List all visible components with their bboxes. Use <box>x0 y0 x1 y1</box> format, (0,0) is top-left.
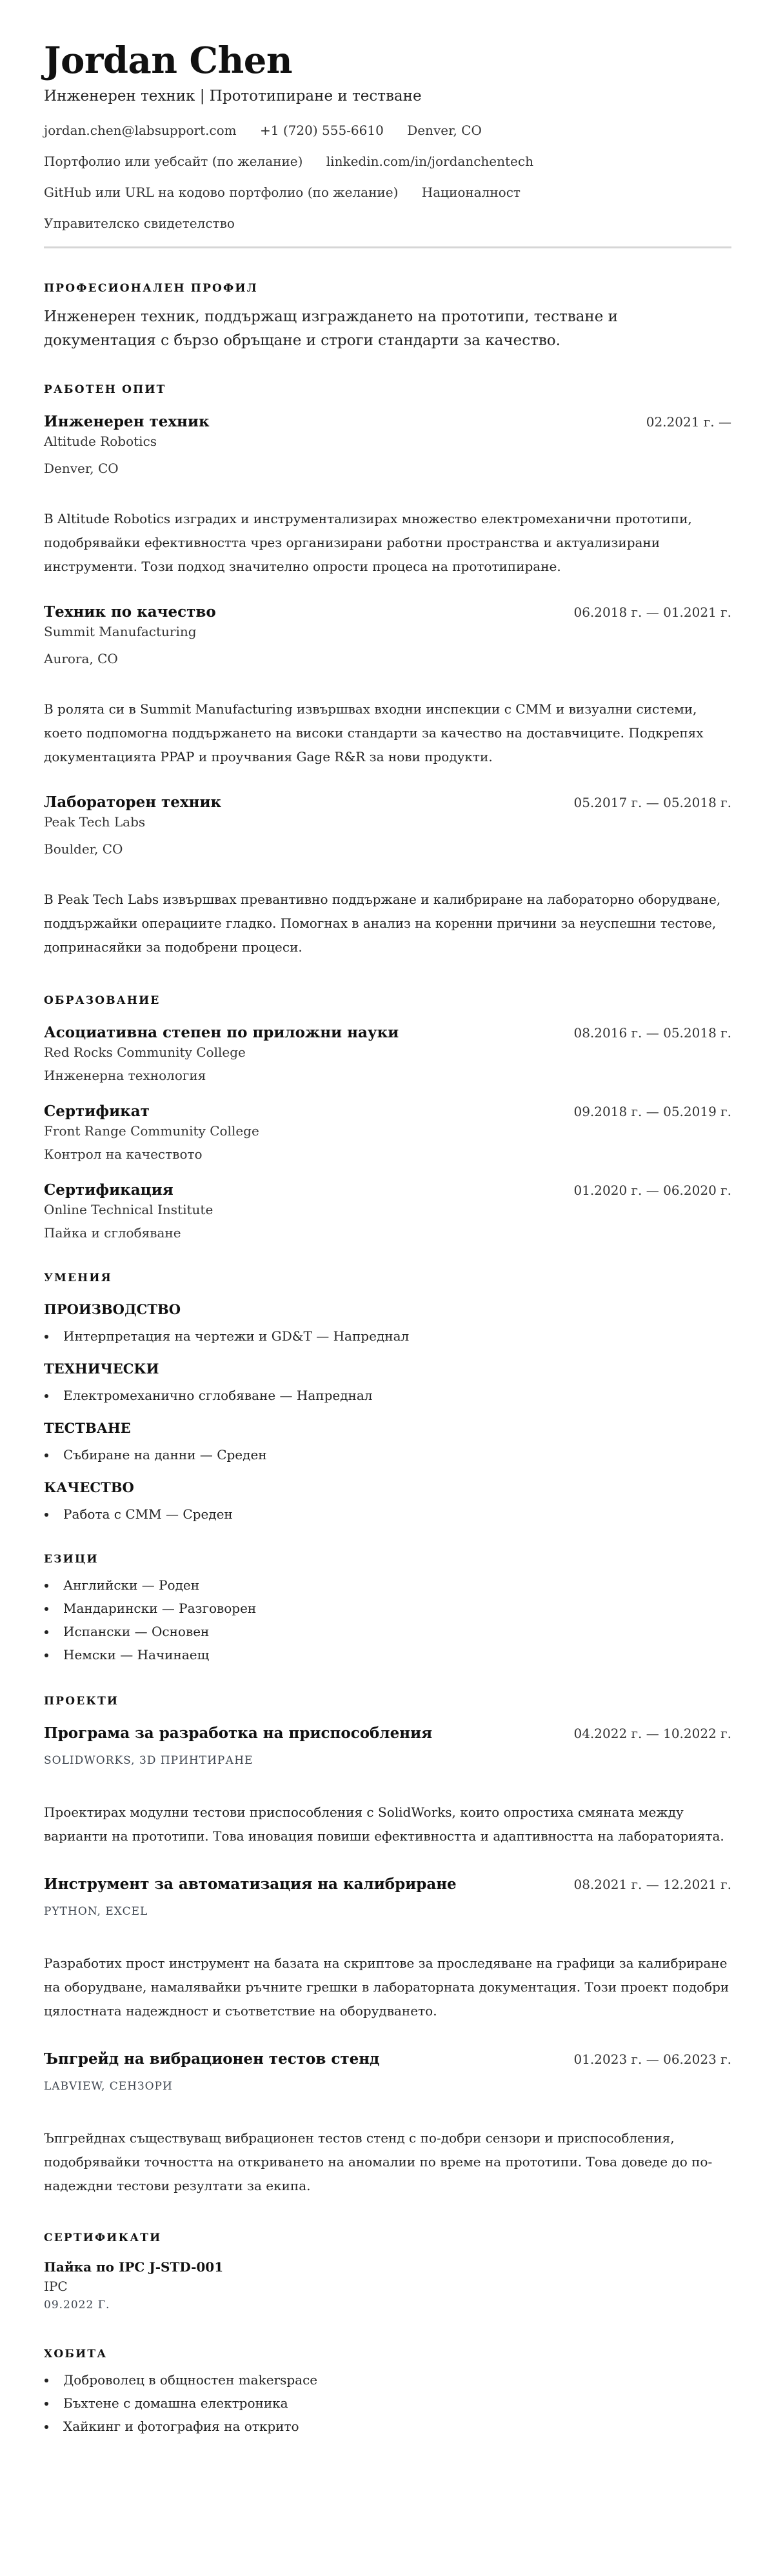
job-location: Denver, CO <box>44 459 731 477</box>
profile-summary: Инженерен техник, поддържащ изграждането… <box>44 305 731 353</box>
education-dates: 09.2018 г. — 05.2019 г. <box>573 1101 731 1122</box>
company-name: Peak Tech Labs <box>44 813 731 831</box>
header-divider <box>44 246 731 248</box>
education-dates: 08.2016 г. — 05.2018 г. <box>573 1023 731 1043</box>
job-dates: 05.2017 г. — 05.2018 г. <box>573 792 731 813</box>
project-description: Разработих прост инструмент на базата на… <box>44 1952 731 2023</box>
project-entry: Ъпгрейд на вибрационен тестов стенд 01.2… <box>44 2049 731 2198</box>
skill-group: ПРОИЗВОДСТВО Интерпретация на чертежи и … <box>44 1300 731 1345</box>
certification-entry: Пайка по IPC J-STD-001 IPC 09.2022 Г. <box>44 2257 731 2314</box>
nationality: Националност <box>422 185 521 200</box>
language-item: Английски — Роден <box>44 1576 731 1594</box>
hobbies-list: Доброволец в общностен makerspace Бъхтен… <box>44 2371 731 2435</box>
section-title: ПРОФЕСИОНАЛЕН ПРОФИЛ <box>44 281 731 296</box>
phone-number[interactable]: +1 (720) 555-6610 <box>260 123 384 138</box>
experience-section: РАБОТЕН ОПИТ Инженерен техник 02.2021 г.… <box>44 382 731 959</box>
job-dates: 02.2021 г. — <box>646 412 731 432</box>
section-title: ХОБИТА <box>44 2346 731 2362</box>
skill-group-title: КАЧЕСТВО <box>44 1478 731 1497</box>
education-section: ОБРАЗОВАНИЕ Асоциативна степен по прилож… <box>44 993 731 1242</box>
section-title: ПРОЕКТИ <box>44 1693 731 1709</box>
project-entry: Програма за разработка на приспособления… <box>44 1723 731 1848</box>
hobby-item: Доброволец в общностен makerspace <box>44 2371 731 2389</box>
skill-group-title: ТЕСТВАНЕ <box>44 1419 731 1438</box>
skill-group-title: ПРОИЗВОДСТВО <box>44 1300 731 1319</box>
contact-row: Портфолио или уебсайт (по желание) linke… <box>44 152 731 170</box>
skill-group: ТЕСТВАНЕ Събиране на данни — Среден <box>44 1419 731 1464</box>
skill-group: ТЕХНИЧЕСКИ Електромеханично сглобяване —… <box>44 1359 731 1404</box>
project-entry: Инструмент за автоматизация на калибрира… <box>44 1874 731 2023</box>
certifications-section: СЕРТИФИКАТИ Пайка по IPC J-STD-001 IPC 0… <box>44 2230 731 2314</box>
experience-entry: Техник по качество 06.2018 г. — 01.2021 … <box>44 602 731 769</box>
language-item: Мандарински — Разговорен <box>44 1599 731 1617</box>
job-location: Boulder, CO <box>44 840 731 858</box>
school-name: Online Technical Institute <box>44 1201 731 1219</box>
experience-entry: Инженерен техник 02.2021 г. — Altitude R… <box>44 412 731 579</box>
hobbies-section: ХОБИТА Доброволец в общностен makerspace… <box>44 2346 731 2435</box>
section-title: ОБРАЗОВАНИЕ <box>44 993 731 1008</box>
experience-list: Инженерен техник 02.2021 г. — Altitude R… <box>44 412 731 959</box>
job-title: Лабораторен техник <box>44 792 221 813</box>
job-location: Aurora, CO <box>44 650 731 668</box>
profile-section: ПРОФЕСИОНАЛЕН ПРОФИЛ Инженерен техник, п… <box>44 281 731 353</box>
email-link[interactable]: jordan.chen@labsupport.com <box>44 123 237 138</box>
section-title: РАБОТЕН ОПИТ <box>44 382 731 397</box>
project-dates: 08.2021 г. — 12.2021 г. <box>573 1874 731 1895</box>
project-dates: 01.2023 г. — 06.2023 г. <box>573 2049 731 2070</box>
education-entry: Сертификация 01.2020 г. — 06.2020 г. Onl… <box>44 1180 731 1242</box>
degree-title: Сертификат <box>44 1101 150 1122</box>
education-entry: Сертификат 09.2018 г. — 05.2019 г. Front… <box>44 1101 731 1163</box>
degree-title: Асоциативна степен по приложни науки <box>44 1023 399 1043</box>
job-description: В Altitude Robotics изградих и инструмен… <box>44 507 731 579</box>
candidate-name: Jordan Chen <box>44 0 731 84</box>
job-title: Техник по качество <box>44 602 216 623</box>
skill-group: КАЧЕСТВО Работа с CMM — Среден <box>44 1478 731 1523</box>
location: Denver, CO <box>407 123 482 138</box>
skills-section: УМЕНИЯ ПРОИЗВОДСТВО Интерпретация на чер… <box>44 1270 731 1523</box>
school-name: Red Rocks Community College <box>44 1043 731 1061</box>
github-link[interactable]: GitHub или URL на кодово портфолио (по ж… <box>44 185 398 200</box>
field-of-study: Инженерна технология <box>44 1066 731 1084</box>
linkedin-link[interactable]: linkedin.com/in/jordanchentech <box>326 154 533 169</box>
section-title: ЕЗИЦИ <box>44 1552 731 1567</box>
skill-item: Работа с CMM — Среден <box>44 1505 731 1523</box>
experience-entry: Лабораторен техник 05.2017 г. — 05.2018 … <box>44 792 731 959</box>
contact-row: Управителско свидетелство <box>44 214 731 232</box>
project-name: Програма за разработка на приспособления <box>44 1723 432 1744</box>
project-tech: LABVIEW, СЕНЗОРИ <box>44 2079 731 2094</box>
hobby-item: Хайкинг и фотография на открито <box>44 2417 731 2435</box>
skill-item: Интерпретация на чертежи и GD&T — Напред… <box>44 1327 731 1345</box>
certification-issuer: IPC <box>44 2277 731 2296</box>
field-of-study: Контрол на качеството <box>44 1145 731 1163</box>
languages-list: Английски — Роден Мандарински — Разговор… <box>44 1576 731 1664</box>
project-dates: 04.2022 г. — 10.2022 г. <box>573 1723 731 1744</box>
job-description: В ролята си в Summit Manufacturing извър… <box>44 697 731 769</box>
project-description: Ъпгрейднах съществуващ вибрационен тесто… <box>44 2126 731 2198</box>
education-entry: Асоциативна степен по приложни науки 08.… <box>44 1023 731 1084</box>
candidate-headline: Инженерен техник | Прототипиране и теств… <box>44 85 731 107</box>
certification-date: 09.2022 Г. <box>44 2296 731 2314</box>
project-tech: PYTHON, EXCEL <box>44 1904 731 1919</box>
job-title: Инженерен техник <box>44 412 210 432</box>
project-name: Ъпгрейд на вибрационен тестов стенд <box>44 2049 379 2070</box>
languages-section: ЕЗИЦИ Английски — Роден Мандарински — Ра… <box>44 1552 731 1664</box>
language-item: Испански — Основен <box>44 1622 731 1641</box>
school-name: Front Range Community College <box>44 1122 731 1140</box>
education-dates: 01.2020 г. — 06.2020 г. <box>573 1180 731 1201</box>
job-description: В Peak Tech Labs извършвах превантивно п… <box>44 888 731 959</box>
resume-header: Jordan Chen Инженерен техник | Прототипи… <box>44 0 731 248</box>
project-name: Инструмент за автоматизация на калибрира… <box>44 1874 457 1895</box>
contact-row: jordan.chen@labsupport.com +1 (720) 555-… <box>44 121 731 139</box>
hobby-item: Бъхтене с домашна електроника <box>44 2394 731 2412</box>
job-dates: 06.2018 г. — 01.2021 г. <box>573 602 731 623</box>
company-name: Altitude Robotics <box>44 432 731 450</box>
skill-group-title: ТЕХНИЧЕСКИ <box>44 1359 731 1379</box>
driving-license: Управителско свидетелство <box>44 215 235 231</box>
certification-name: Пайка по IPC J-STD-001 <box>44 2257 731 2277</box>
project-description: Проектирах модулни тестови приспособлени… <box>44 1801 731 1848</box>
resume-page: Jordan Chen Инженерен техник | Прототипи… <box>0 0 774 2435</box>
company-name: Summit Manufacturing <box>44 623 731 641</box>
section-title: УМЕНИЯ <box>44 1270 731 1286</box>
portfolio-link[interactable]: Портфолио или уебсайт (по желание) <box>44 154 303 169</box>
language-item: Немски — Начинаещ <box>44 1646 731 1664</box>
contact-row: GitHub или URL на кодово портфолио (по ж… <box>44 183 731 201</box>
skill-item: Събиране на данни — Среден <box>44 1446 731 1464</box>
degree-title: Сертификация <box>44 1180 174 1201</box>
section-title: СЕРТИФИКАТИ <box>44 2230 731 2246</box>
contact-info: jordan.chen@labsupport.com +1 (720) 555-… <box>44 121 731 232</box>
skill-item: Електромеханично сглобяване — Напреднал <box>44 1386 731 1404</box>
project-tech: SOLIDWORKS, 3D ПРИНТИРАНЕ <box>44 1753 731 1768</box>
field-of-study: Пайка и сглобяване <box>44 1224 731 1242</box>
projects-section: ПРОЕКТИ Програма за разработка на приспо… <box>44 1693 731 2198</box>
